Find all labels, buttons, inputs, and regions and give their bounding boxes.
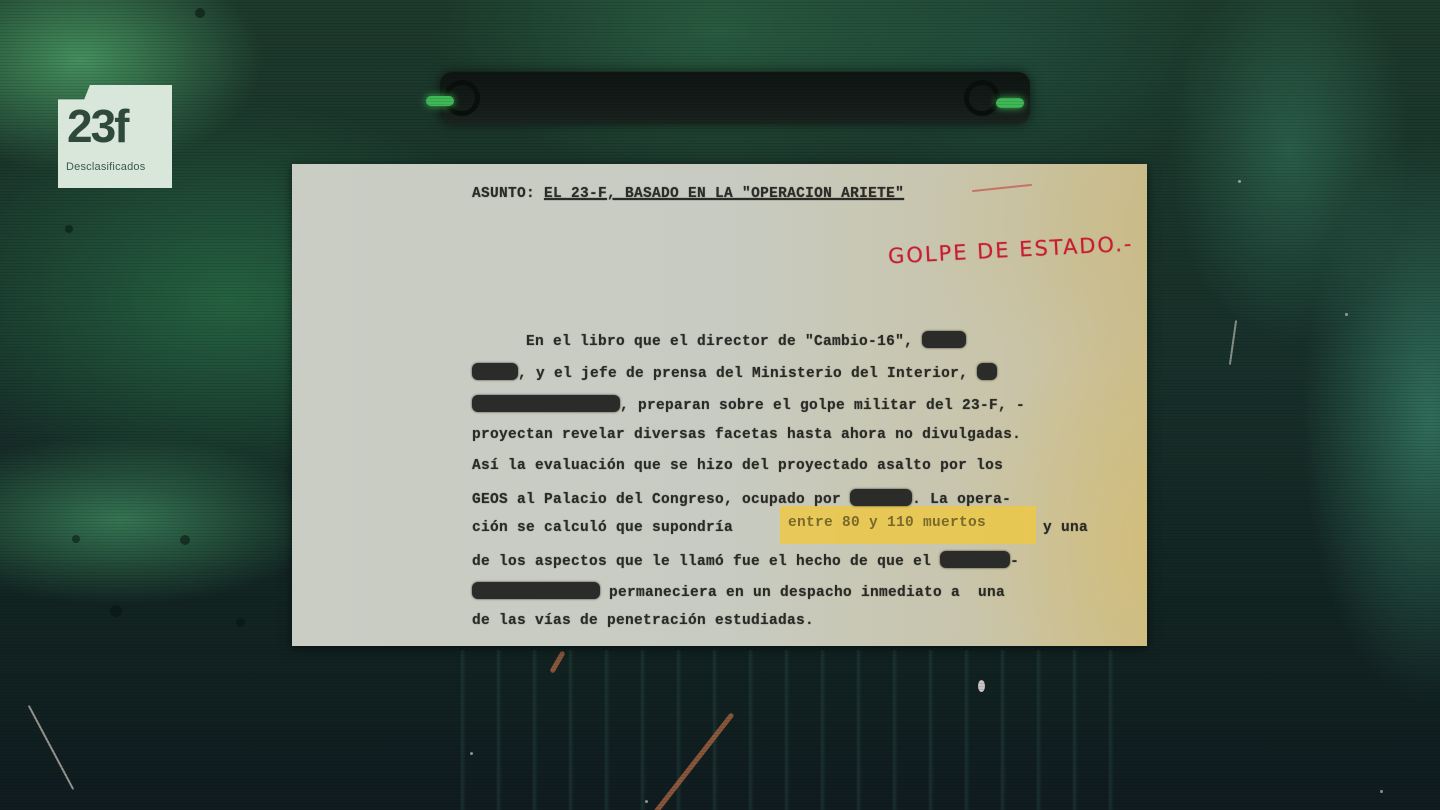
film-streaks xyxy=(430,650,1130,810)
document-line: GEOS al Palacio del Congreso, ocupado po… xyxy=(472,489,1011,508)
redaction-bar xyxy=(850,489,912,506)
document-line-continuation: y una xyxy=(1034,520,1088,536)
declassified-document: ASUNTO: EL 23-F, BASADO EN LA "OPERACION… xyxy=(292,164,1147,646)
logo-title: 23f xyxy=(67,103,127,149)
red-pen-stroke xyxy=(972,184,1032,192)
document-line: , y el jefe de prensa del Ministerio del… xyxy=(472,363,997,382)
redaction-bar xyxy=(940,551,1010,568)
binder-ring-icon xyxy=(964,80,1000,116)
binder-clip xyxy=(440,72,1030,124)
green-glare xyxy=(996,98,1024,108)
redaction-bar xyxy=(922,331,966,348)
redaction-bar xyxy=(472,363,518,380)
document-line: proyectan revelar diversas facetas hasta… xyxy=(472,427,1021,443)
dark-spot xyxy=(195,8,205,18)
dust-speck xyxy=(978,680,985,692)
redaction-bar xyxy=(472,395,620,412)
document-line: de los aspectos que le llamó fue el hech… xyxy=(472,551,1019,570)
dust-speck xyxy=(1380,790,1383,793)
document-line: ción se calculó que supondría xyxy=(472,520,742,536)
document-line: permaneciera en un despacho inmediato a … xyxy=(472,582,1005,601)
dark-spot xyxy=(180,535,190,545)
subject-text: EL 23-F, BASADO EN LA "OPERACION ARIETE" xyxy=(544,186,904,202)
dust-speck xyxy=(1238,180,1241,183)
green-glare xyxy=(426,96,454,106)
dark-spot xyxy=(110,605,122,617)
logo-subtitle: Desclasificados xyxy=(66,161,145,173)
handwritten-annotation: GOLPE DE ESTADO.- xyxy=(888,232,1134,269)
dark-spot xyxy=(65,225,73,233)
document-subject: ASUNTO: EL 23-F, BASADO EN LA "OPERACION… xyxy=(472,186,904,202)
redaction-bar xyxy=(472,582,600,599)
subject-label: ASUNTO: xyxy=(472,186,535,202)
dark-spot xyxy=(72,535,80,543)
highlighted-casualty-estimate: entre 80 y 110 muertos xyxy=(788,515,986,531)
document-line: de las vías de penetración estudiadas. xyxy=(472,613,814,629)
document-line: Así la evaluación que se hizo del proyec… xyxy=(472,458,1003,474)
dust-speck xyxy=(470,752,473,755)
dark-spot xyxy=(236,618,245,627)
dust-speck xyxy=(645,800,648,803)
redaction-bar xyxy=(977,363,997,380)
dust-speck xyxy=(1345,313,1348,316)
document-line: , preparan sobre el golpe militar del 23… xyxy=(472,395,1025,414)
program-logo: 23f Desclasificados xyxy=(58,85,172,188)
document-line: En el libro que el director de "Cambio-1… xyxy=(472,331,966,350)
